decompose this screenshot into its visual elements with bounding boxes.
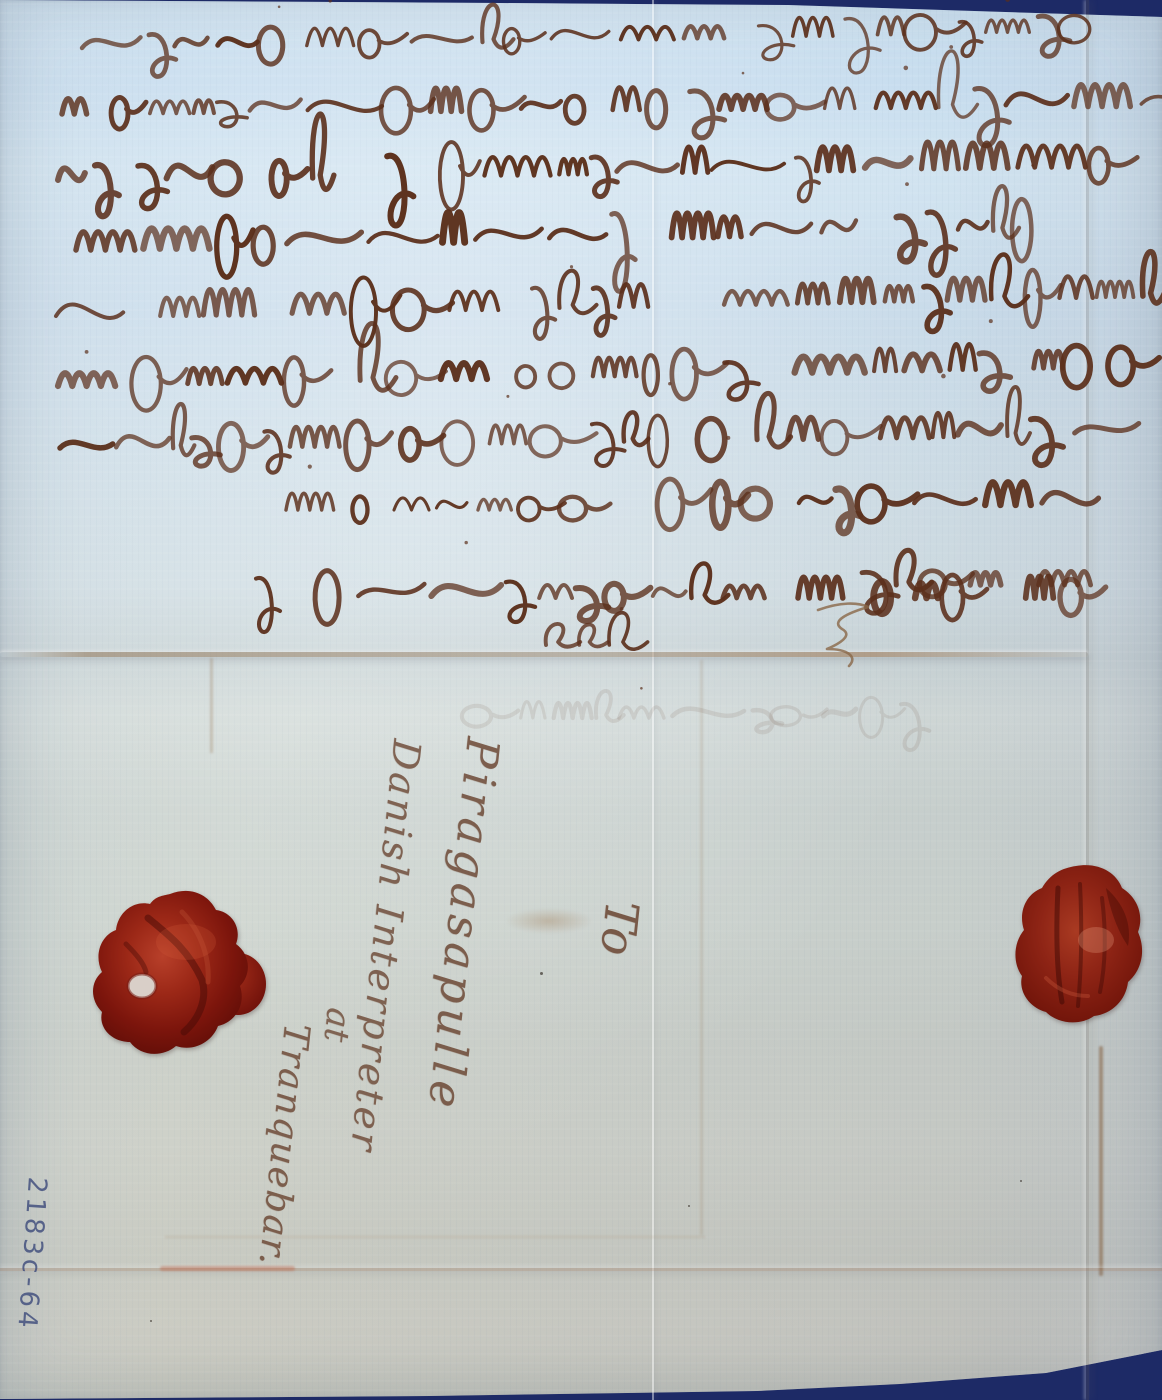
address-line-recipient: Piragasapulle: [418, 735, 510, 1115]
photograph: To Piragasapulle Danish Interpreter at T…: [0, 0, 1162, 1400]
wax-seal-right: [1006, 858, 1152, 1034]
address-panel: To Piragasapulle Danish Interpreter at T…: [225, 714, 705, 1256]
address-line-title: Danish Interpreter: [342, 737, 429, 1155]
ink-speck: [1020, 1180, 1022, 1182]
address-line-at: at: [315, 1006, 358, 1044]
wax-seal-left: [86, 884, 276, 1066]
ink-speck: [688, 1205, 690, 1207]
ink-speck: [150, 1320, 152, 1322]
address-line-to: To: [590, 898, 649, 958]
ink-speck: [818, 150, 820, 154]
